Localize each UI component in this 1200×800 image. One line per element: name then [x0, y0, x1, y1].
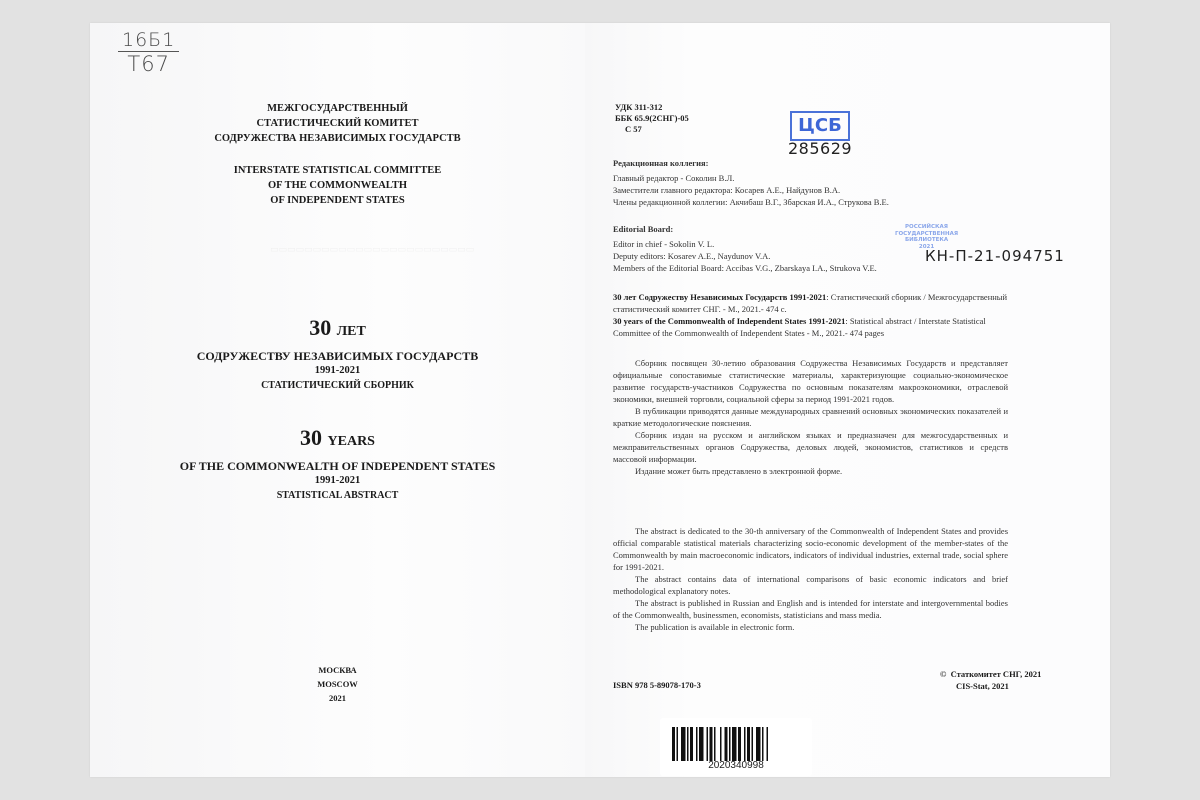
- title-ru-main: 30 ЛЕТ: [90, 315, 585, 345]
- copyright-icon: ©: [940, 669, 946, 679]
- editorial-line: Members of the Editorial Board: Accibas …: [613, 262, 877, 274]
- title-block-ru: 30 ЛЕТ СОДРУЖЕСТВУ НЕЗАВИСИМЫХ ГОСУДАРСТ…: [90, 315, 585, 393]
- editorial-board-en: Editorial Board: Editor in chief - Sokol…: [613, 223, 877, 274]
- title-word: YEARS: [328, 434, 375, 449]
- inventory-number: КН-П-21-094751: [925, 247, 1065, 265]
- handwritten-shelf-mark: 16Б1 Т67: [118, 29, 179, 76]
- barcode-number: 2020340998: [660, 760, 812, 771]
- city-en: MOSCOW: [90, 677, 585, 691]
- annotation-paragraph: The abstract is dedicated to the 30-th a…: [613, 525, 1008, 573]
- biblio-ru: 30 лет Содружеству Независимых Государст…: [613, 291, 1008, 315]
- title-ru-subtitle: СОДРУЖЕСТВУ НЕЗАВИСИМЫХ ГОСУДАРСТВ: [90, 349, 585, 364]
- left-page: ▭ ▭▭▭▭▭▭ ▭▭▭▭▭ ▭▭▭▭▭▭▭▭▭▭▭▭▭▭▭▭▭▭▭▭▭▭▭▭ …: [90, 23, 585, 777]
- annotation-paragraph: The abstract contains data of internatio…: [613, 573, 1008, 597]
- org-en-line: OF INDEPENDENT STATES: [90, 193, 585, 208]
- editorial-line: Главный редактор - Соколин В.Л.: [613, 172, 889, 184]
- copyright: © Статкомитет СНГ, 2021 CIS-Stat, 2021: [940, 668, 1041, 692]
- annotation-paragraph: The abstract is published in Russian and…: [613, 597, 1008, 621]
- annotation-paragraph: The publication is available in electron…: [613, 621, 1008, 633]
- title-ru-kind: СТАТИСТИЧЕСКИЙ СБОРНИК: [90, 379, 585, 393]
- annotation-paragraph: Сборник издан на русском и английском яз…: [613, 429, 1008, 465]
- annotation-en: The abstract is dedicated to the 30-th a…: [613, 525, 1008, 633]
- biblio-en: 30 years of the Commonwealth of Independ…: [613, 315, 1008, 339]
- annotation-paragraph: Сборник посвящен 30-летию образования Со…: [613, 357, 1008, 405]
- isbn: ISBN 978 5-89078-170-3: [613, 680, 701, 690]
- editorial-line: Члены редакционной коллегии: Акчибаш В.Г…: [613, 196, 889, 208]
- book-spread: ▭ ▭▭▭▭▭▭ ▭▭▭▭▭ ▭▭▭▭▭▭▭▭▭▭▭▭▭▭▭▭▭▭▭▭▭▭▭▭ …: [90, 23, 1110, 777]
- title-block-en: 30 YEARS OF THE COMMONWEALTH OF INDEPEND…: [90, 425, 585, 503]
- city-ru: МОСКВА: [90, 663, 585, 677]
- classification-codes: УДК 311-312 ББК 65.9(2СНГ)-05 С 57: [615, 102, 689, 135]
- udk-code: УДК 311-312: [615, 102, 689, 113]
- title-ru-years: 1991-2021: [90, 364, 585, 378]
- title-word: ЛЕТ: [337, 324, 366, 339]
- editorial-heading-en: Editorial Board:: [613, 223, 877, 235]
- bbk-code: ББК 65.9(2СНГ)-05: [615, 113, 689, 124]
- title-number: 30: [309, 315, 331, 340]
- barcode-sticker: 2020340998: [660, 718, 812, 776]
- org-en-line: INTERSTATE STATISTICAL COMMITTEE: [90, 163, 585, 178]
- org-en-line: OF THE COMMONWEALTH: [90, 178, 585, 193]
- title-en-years: 1991-2021: [90, 474, 585, 488]
- publisher-name-ru: МЕЖГОСУДАРСТВЕННЫЙ СТАТИСТИЧЕСКИЙ КОМИТЕ…: [90, 101, 585, 146]
- org-ru-line: СОДРУЖЕСТВА НЕЗАВИСИМЫХ ГОСУДАРСТВ: [90, 131, 585, 146]
- editorial-line: Deputy editors: Kosarev A.E., Naydunov V…: [613, 250, 877, 262]
- annotation-ru: Сборник посвящен 30-летию образования Со…: [613, 357, 1008, 477]
- right-page: УДК 311-312 ББК 65.9(2СНГ)-05 С 57 ЦСБ 2…: [585, 23, 1110, 777]
- bibliographic-record: 30 лет Содружеству Независимых Государст…: [613, 291, 1008, 339]
- author-mark: С 57: [615, 124, 689, 135]
- biblio-en-title: 30 years of the Commonwealth of Independ…: [613, 316, 845, 326]
- csb-stamp: ЦСБ: [790, 111, 850, 141]
- org-ru-line: МЕЖГОСУДАРСТВЕННЫЙ: [90, 101, 585, 116]
- title-number: 30: [300, 425, 322, 450]
- editorial-board-ru: Редакционная коллегия: Главный редактор …: [613, 157, 889, 208]
- title-en-subtitle: OF THE COMMONWEALTH OF INDEPENDENT STATE…: [90, 459, 585, 474]
- title-en-main: 30 YEARS: [90, 425, 585, 455]
- annotation-paragraph: В публикации приводятся данные междунаро…: [613, 405, 1008, 429]
- imprint-year: 2021: [90, 691, 585, 705]
- shelf-mark-top: 16Б1: [118, 29, 179, 52]
- imprint-city: МОСКВА MOSCOW 2021: [90, 663, 585, 705]
- org-ru-line: СТАТИСТИЧЕСКИЙ КОМИТЕТ: [90, 116, 585, 131]
- title-en-kind: STATISTICAL ABSTRACT: [90, 489, 585, 503]
- annotation-paragraph: Издание может быть представлено в электр…: [613, 465, 1008, 477]
- barcode-icon: [672, 727, 800, 761]
- editorial-line: Заместители главного редактора: Косарев …: [613, 184, 889, 196]
- editorial-heading-ru: Редакционная коллегия:: [613, 157, 889, 169]
- editorial-line: Editor in chief - Sokolin V. L.: [613, 238, 877, 250]
- csb-stamp-number: 285629: [788, 139, 852, 158]
- biblio-ru-title: 30 лет Содружеству Независимых Государст…: [613, 292, 826, 302]
- copyright-line: CIS-Stat, 2021: [940, 680, 1041, 692]
- copyright-line: Статкомитет СНГ, 2021: [951, 669, 1042, 679]
- publisher-name-en: INTERSTATE STATISTICAL COMMITTEE OF THE …: [90, 163, 585, 208]
- shelf-mark-bottom: Т67: [118, 52, 179, 76]
